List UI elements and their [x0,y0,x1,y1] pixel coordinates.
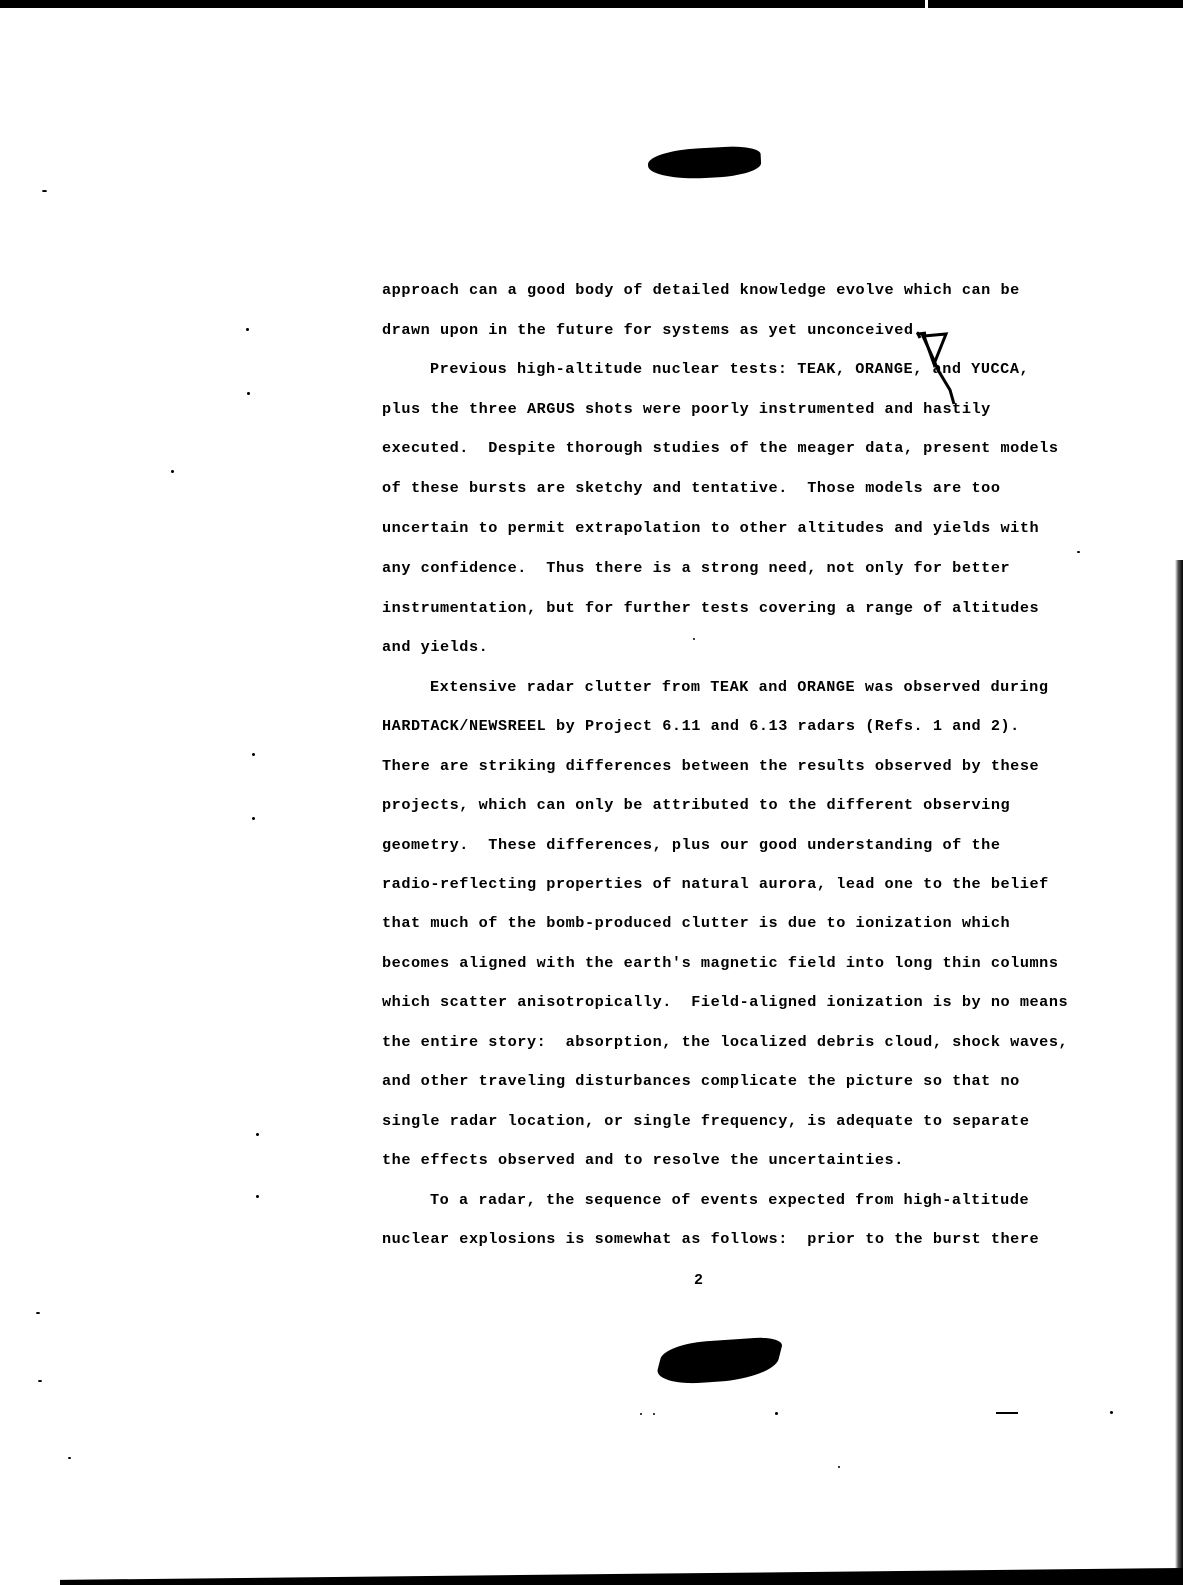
text-line: nuclear explosions is somewhat as follow… [382,1229,1039,1249]
text-line: becomes aligned with the earth's magneti… [382,953,1058,973]
scan-speck [252,753,255,756]
scan-right-edge [1175,560,1183,1585]
text-line: There are striking differences between t… [382,756,1039,776]
scan-speck [171,470,174,473]
page-number: 2 [694,1272,703,1289]
scan-speck [36,1312,40,1314]
scan-top-border [0,0,1183,8]
scan-speck [42,190,47,192]
scan-speck [693,638,695,640]
scan-speck [247,392,250,395]
text-line: HARDTACK/NEWSREEL by Project 6.11 and 6.… [382,716,1020,736]
scan-speck [1077,551,1080,553]
text-line: the effects observed and to resolve the … [382,1150,904,1170]
text-line: which scatter anisotropically. Field-ali… [382,992,1068,1012]
scan-speck [38,1380,42,1382]
scan-speck [68,1457,71,1459]
redaction-mark-bottom [653,1336,784,1386]
scan-speck [256,1133,259,1136]
text-line: and other traveling disturbances complic… [382,1071,1020,1091]
text-line: plus the three ARGUS shots were poorly i… [382,399,991,419]
scan-speck [256,1195,259,1198]
text-line: To a radar, the sequence of events expec… [430,1190,1029,1210]
text-line: of these bursts are sketchy and tentativ… [382,478,1001,498]
redaction-mark-top [647,145,761,181]
scan-top-border-gap [925,0,928,8]
text-line: executed. Despite thorough studies of th… [382,438,1058,458]
text-line: instrumentation, but for further tests c… [382,598,1039,618]
text-line: uncertain to permit extrapolation to oth… [382,518,1039,538]
text-line: approach can a good body of detailed kno… [382,280,1020,300]
scan-bottom-edge [60,1568,1183,1585]
scan-speck [640,1413,642,1415]
text-line: the entire story: absorption, the locali… [382,1032,1068,1052]
scan-speck [996,1412,1018,1414]
scan-speck [775,1412,778,1415]
scan-speck [246,328,249,331]
scan-speck [252,817,255,820]
text-line: drawn upon in the future for systems as … [382,320,923,340]
text-line: Extensive radar clutter from TEAK and OR… [430,677,1049,697]
text-line: radio-reflecting properties of natural a… [382,874,1049,894]
scan-speck [653,1413,655,1415]
text-line: that much of the bomb-produced clutter i… [382,913,1010,933]
text-line: any confidence. Thus there is a strong n… [382,558,1010,578]
text-line: and yields. [382,637,488,657]
text-line: projects, which can only be attributed t… [382,795,1010,815]
scan-speck [838,1466,840,1468]
handwritten-mark-icon [916,330,976,410]
scan-speck [1110,1411,1113,1414]
text-line: single radar location, or single frequen… [382,1111,1030,1131]
text-line: geometry. These differences, plus our go… [382,835,1001,855]
